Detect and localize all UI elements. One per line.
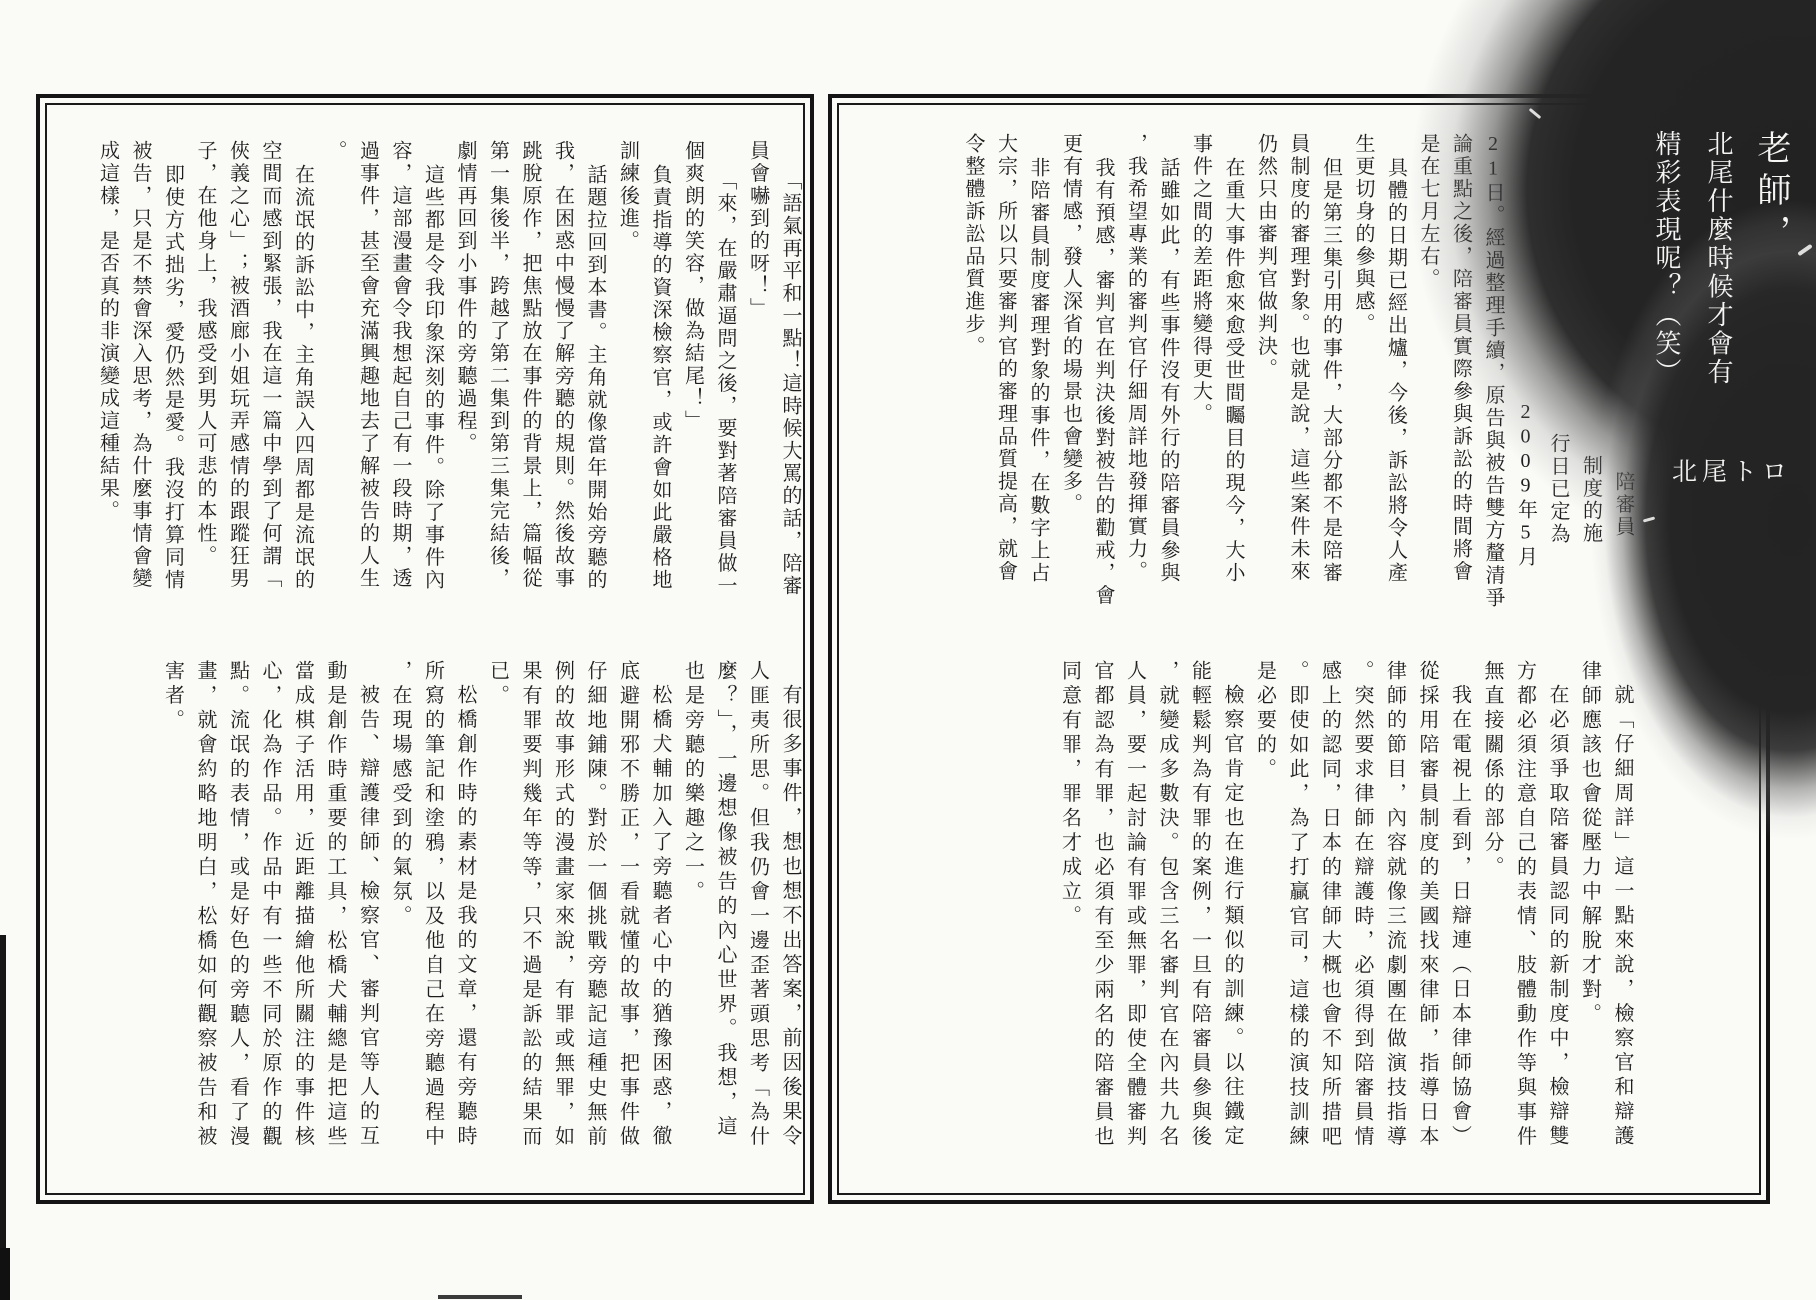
- text-column: 方都必須注意自己的表情、肢體動作等與事件: [1508, 660, 1541, 1157]
- text-column: 果有罪要判幾年等等，只不過是訴訟的結果而: [514, 660, 547, 1157]
- text-column: 「語氣再平和一點！這時候大罵的話，陪審: [774, 170, 807, 635]
- scan-edge-streak: [0, 935, 6, 1300]
- text-column: 底避開邪不勝正，一看就懂的故事，把事件做: [611, 660, 644, 1157]
- text-column: 制度的施: [1574, 455, 1607, 630]
- text-column: 從採用陪審員制度的美國找來律師，指導日本: [1411, 660, 1444, 1157]
- text-column: 論重點之後，陪審員實際參與訴訟的時間將會: [1444, 133, 1477, 630]
- text-column: 點。流氓的表情，或是好色的旁聽人，看了漫: [221, 660, 254, 1157]
- text-column: 大宗，所以只要審判官的審理品質提高，就會: [989, 133, 1022, 630]
- text-column: 松橋創作時的素材是我的文章，還有旁聽時: [449, 684, 482, 1157]
- text-column: 成這樣，是否真的非演變成這種結果。: [91, 140, 124, 635]
- text-column: 俠義之心」；被酒廊小姐玩弄感情的跟蹤狂男: [221, 140, 254, 635]
- text-column: 「來，在嚴肅逼問之後，要對著陪審員做一: [709, 170, 742, 635]
- text-column: 有很多事件，想也想不出答案，前因後果令: [774, 684, 807, 1157]
- scan-bottom-mark: [438, 1295, 522, 1299]
- text-column: 心，化為作品。作品中有一些不同於原作的觀: [254, 660, 287, 1157]
- text-column: 員制度的審理對象。也就是說，這些案件未來: [1282, 133, 1315, 630]
- text-column: 2009年5月: [1509, 401, 1542, 630]
- text-column: 事件之間的差距將變得更大。: [1184, 133, 1217, 630]
- text-column: 個爽朗的笑容，做為結尾！」: [676, 140, 709, 635]
- text-column: 是在七月左右。: [1412, 133, 1445, 630]
- text-column: 能輕鬆判為有罪的案例，一旦有陪審員參與後: [1183, 660, 1216, 1157]
- text-column: 過事件，甚至會充滿興趣地去了解被告的人生: [351, 140, 384, 635]
- text-column: 生更切身的參與感。: [1347, 133, 1380, 630]
- text-column: 劇情再回到小事件的旁聽過程。: [449, 140, 482, 635]
- text-column: ，就變成多數決。包含三名審判官在內共九名: [1151, 660, 1184, 1157]
- text-column: 具體的日期已經出爐，今後，訴訟將令人產: [1379, 157, 1412, 630]
- text-column: 北尾什麼時候才會有: [1692, 130, 1744, 450]
- text-column: 官都認為有罪，也必須有至少兩名的陪審員也: [1086, 660, 1119, 1157]
- text-column: 子，在他身上，我感受到男人可悲的本性。: [189, 140, 222, 635]
- text-column: 但是第三集引用的事件，大部分都不是陪審: [1314, 157, 1347, 630]
- text-column: 。: [319, 140, 352, 635]
- scan-edge-mark: [0, 1248, 10, 1300]
- text-column: 負責指導的資深檢察官，或許會如此嚴格地: [644, 164, 677, 635]
- text-column: 無直接關係的部分。: [1476, 660, 1509, 1157]
- text-column: 害者。: [156, 660, 189, 1157]
- text-column: 也是旁聽的樂趣之一。: [676, 660, 709, 1157]
- right-page-bottom-text: 就「仔細周詳」這一點來說，檢察官和辯護律師應該也會從壓力中解脫才對。在必須爭取陪…: [1053, 660, 1638, 1157]
- text-column: 檢察官肯定也在進行類似的訓練。以往鐵定: [1216, 684, 1249, 1157]
- text-column: 已。: [481, 660, 514, 1157]
- text-column: 精彩表現呢？（笑）: [1640, 130, 1692, 450]
- text-column: 在流氓的訴訟中，主角誤入四周都是流氓的: [286, 164, 319, 635]
- right-page-top-text: 陪審員制度的施行日已定為2009年5月21日。經過整理手續，原告與被告雙方釐清爭…: [956, 133, 1639, 630]
- text-column: 這些都是令我印象深刻的事件。除了事件內: [416, 164, 449, 635]
- book-scan: { "page_right": { "title": { "lines": ["…: [0, 0, 1816, 1300]
- text-column: 動是創作時重要的工具，松橋犬輔總是把這些: [319, 660, 352, 1157]
- chapter-title: 老師，北尾什麼時候才會有精彩表現呢？（笑）: [1636, 130, 1796, 450]
- text-column: 即使方式拙劣，愛仍然是愛。我沒打算同情: [156, 164, 189, 635]
- text-column: 更有情感，發人深省的場景也會變多。: [1054, 133, 1087, 630]
- text-column: 是必要的。: [1248, 660, 1281, 1157]
- text-column: 行日已定為: [1542, 433, 1575, 630]
- text-column: 非陪審員制度審理對象的事件，在數字上占: [1022, 157, 1055, 630]
- text-column: 人員，要一起討論有罪或無罪，即使全體審判: [1118, 660, 1151, 1157]
- text-column: 被告，只是不禁會深入思考，為什麼事情會變: [124, 140, 157, 635]
- author-name: 北尾トロ: [1672, 452, 1792, 488]
- text-column: 律師的節目，內容就像三流劇團在做演技指導: [1378, 660, 1411, 1157]
- text-column: 麼？」，一邊想像被告的內心世界。我想，這: [709, 660, 742, 1157]
- text-column: 同意有罪，罪名才成立。: [1053, 660, 1086, 1157]
- text-column: 容，這部漫畫會令我想起自己有一段時期，透: [384, 140, 417, 635]
- text-column: 感上的認同，日本的律師大概也會不知所措吧: [1313, 660, 1346, 1157]
- text-column: 在重大事件愈來愈受世間矚目的現今，大小: [1217, 157, 1250, 630]
- text-column: 律師應該也會從壓力中解脫才對。: [1573, 660, 1606, 1157]
- text-column: 。突然要求律師在辯護時，必須得到陪審員情: [1346, 660, 1379, 1157]
- text-column: 就「仔細周詳」這一點來說，檢察官和辯護: [1606, 684, 1639, 1157]
- text-column: 仍然只由審判官做判決。: [1249, 133, 1282, 630]
- text-column: 仔細地鋪陳。對於一個挑戰旁聽記這種史無前: [579, 660, 612, 1157]
- text-column: 跳脫原作，把焦點放在事件的背景上，篇幅從: [514, 140, 547, 635]
- text-column: 我，在困惑中慢慢了解旁聽的規則。然後故事: [546, 140, 579, 635]
- text-column: 。即使如此，為了打贏官司，這樣的演技訓練: [1281, 660, 1314, 1157]
- text-column: 話雖如此，有些事件沒有外行的陪審員參與: [1152, 157, 1185, 630]
- text-column: 令整體訴訟品質進步。: [957, 133, 990, 630]
- text-column: 員會嚇到的呀！」: [741, 140, 774, 635]
- text-column: ，我希望專業的審判官仔細周詳地發揮實力。: [1119, 133, 1152, 630]
- text-column: 陪審員: [1607, 471, 1640, 630]
- text-column: 空間而感到緊張，我在這一篇中學到了何謂「: [254, 140, 287, 635]
- text-column: 我有預感，審判官在判決後對被告的勸戒，會: [1087, 157, 1120, 630]
- text-column: 我在電視上看到，日辯連（日本律師協會）: [1443, 684, 1476, 1157]
- text-column: 在必須爭取陪審員認同的新制度中，檢辯雙: [1541, 684, 1574, 1157]
- text-column: 第一集後半，跨越了第二集到第三集完結後，: [481, 140, 514, 635]
- text-column: 例的故事形式的漫畫家來說，有罪或無罪，如: [546, 660, 579, 1157]
- left-page-top-text: 「語氣再平和一點！這時候大罵的話，陪審員會嚇到的呀！」「來，在嚴肅逼問之後，要對…: [91, 140, 806, 635]
- left-page-bottom-text: 有很多事件，想也想不出答案，前因後果令人匪夷所思。但我仍會一邊歪著頭思考「為什麼…: [156, 660, 806, 1157]
- text-column: 人匪夷所思。但我仍會一邊歪著頭思考「為什: [741, 660, 774, 1157]
- text-column: 當成棋子活用，近距離描繪他所關注的事件核: [286, 660, 319, 1157]
- blob-scratch-icon: [1797, 244, 1812, 256]
- text-column: 畫，就會約略地明白，松橋如何觀察被告和被: [189, 660, 222, 1157]
- text-column: 話題拉回到本書。主角就像當年開始旁聽的: [579, 164, 612, 635]
- text-column: 松橋犬輔加入了旁聽者心中的猶豫困惑，徹: [644, 684, 677, 1157]
- text-column: 老師，: [1744, 130, 1796, 450]
- text-column: 被告、辯護律師、檢察官、審判官等人的互: [351, 684, 384, 1157]
- text-column: 訓練後進。: [611, 140, 644, 635]
- text-column: 21日。經過整理手續，原告與被告雙方釐清爭: [1477, 133, 1510, 630]
- text-column: ，在現場感受到的氣氛。: [384, 660, 417, 1157]
- text-column: 所寫的筆記和塗鴉，以及他自己在旁聽過程中: [416, 660, 449, 1157]
